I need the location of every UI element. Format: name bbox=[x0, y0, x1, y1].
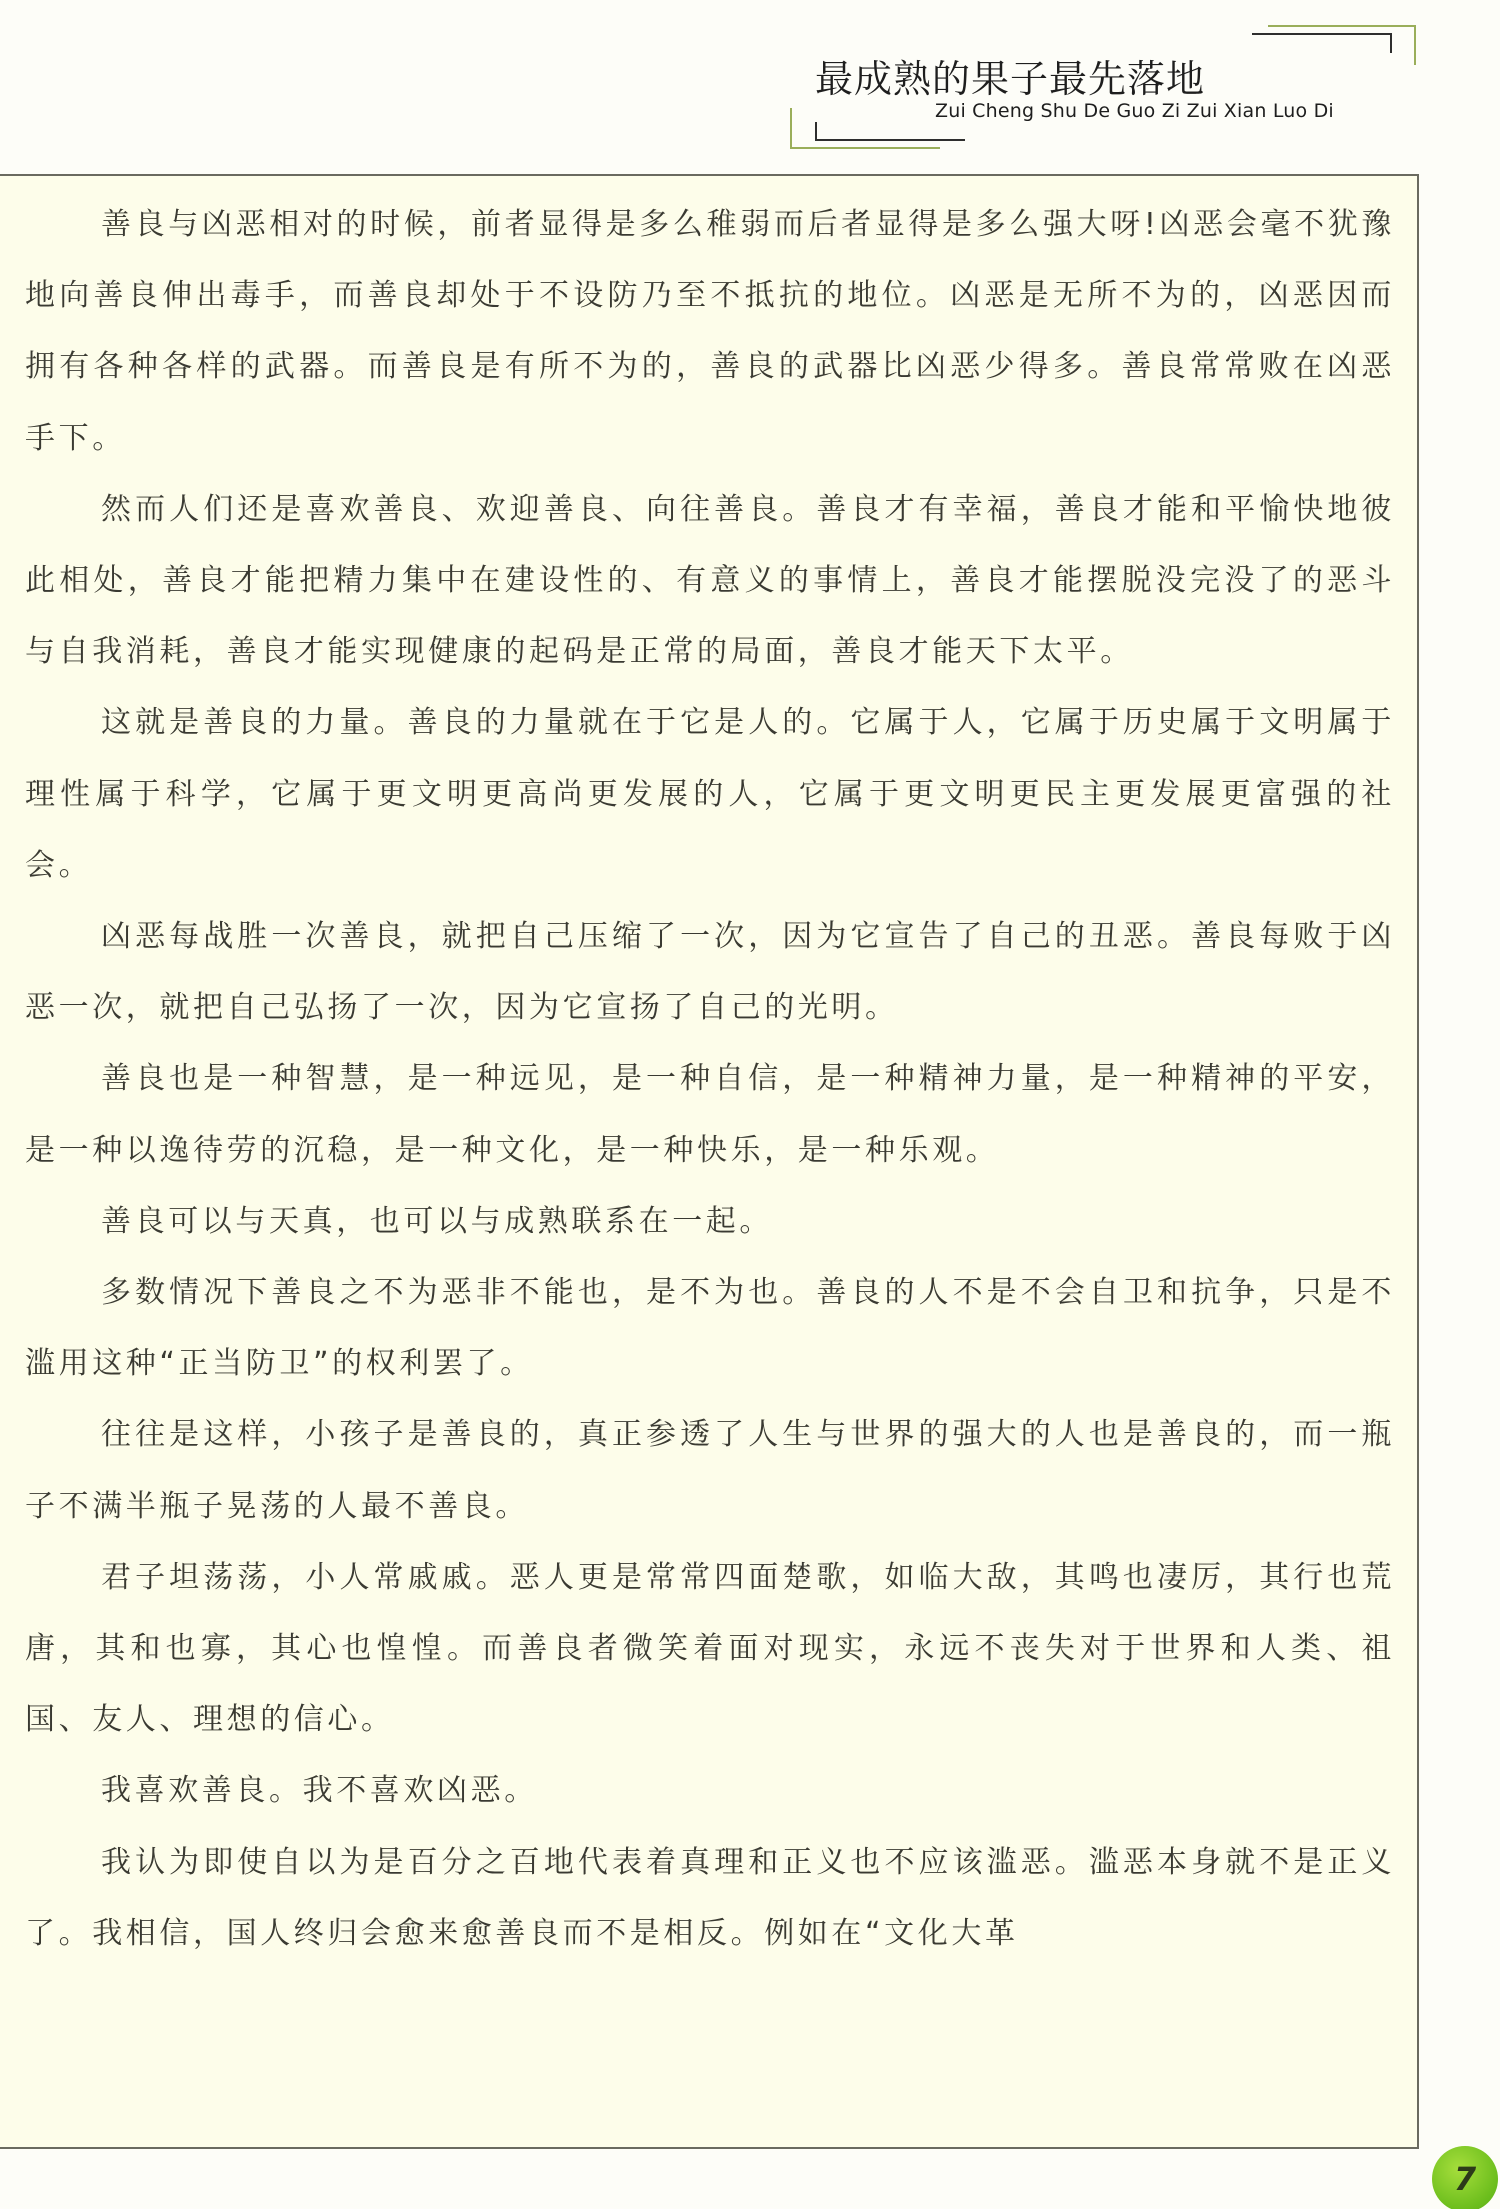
paragraph: 我认为即使自以为是百分之百地代表着真理和正义也不应该滥恶。滥恶本身就不是正义了。… bbox=[25, 1827, 1395, 1969]
page-number: 7 bbox=[1454, 2160, 1476, 2198]
page-title: 最成熟的果子最先落地 bbox=[815, 48, 1205, 103]
page-subtitle-pinyin: Zui Cheng Shu De Guo Zi Zui Xian Luo Di bbox=[935, 100, 1334, 122]
paragraph: 君子坦荡荡，小人常戚戚。恶人更是常常四面楚歌，如临大敌，其鸣也凄厉，其行也荒唐，… bbox=[25, 1542, 1395, 1756]
decor-line bbox=[1390, 33, 1392, 53]
paragraph: 善良也是一种智慧，是一种远见，是一种自信，是一种精神力量，是一种精神的平安，是一… bbox=[25, 1043, 1395, 1185]
paragraph: 这就是善良的力量。善良的力量就在于它是人的。它属于人，它属于历史属于文明属于理性… bbox=[25, 687, 1395, 901]
paragraph: 多数情况下善良之不为恶非不能也，是不为也。善良的人不是不会自卫和抗争，只是不滥用… bbox=[25, 1257, 1395, 1399]
page-number-badge: 7 bbox=[1432, 2146, 1498, 2209]
article-body: 善良与凶恶相对的时候，前者显得是多么稚弱而后者显得是多么强大呀!凶恶会毫不犹豫地… bbox=[25, 189, 1395, 1969]
paragraph: 我喜欢善良。我不喜欢凶恶。 bbox=[25, 1755, 1395, 1826]
paragraph: 往往是这样，小孩子是善良的，真正参透了人生与世界的强大的人也是善良的，而一瓶子不… bbox=[25, 1399, 1395, 1541]
paragraph: 凶恶每战胜一次善良，就把自己压缩了一次，因为它宣告了自己的丑恶。善良每败于凶恶一… bbox=[25, 901, 1395, 1043]
decor-line bbox=[790, 147, 940, 149]
decor-line bbox=[1268, 25, 1416, 27]
paragraph: 善良与凶恶相对的时候，前者显得是多么稚弱而后者显得是多么强大呀!凶恶会毫不犹豫地… bbox=[25, 189, 1395, 474]
paragraph: 然而人们还是喜欢善良、欢迎善良、向往善良。善良才有幸福，善良才能和平愉快地彼此相… bbox=[25, 474, 1395, 688]
decor-line bbox=[1414, 25, 1416, 65]
decor-line bbox=[790, 108, 792, 149]
decor-line bbox=[815, 139, 965, 141]
paragraph: 善良可以与天真，也可以与成熟联系在一起。 bbox=[25, 1186, 1395, 1257]
decor-line bbox=[1252, 33, 1392, 35]
